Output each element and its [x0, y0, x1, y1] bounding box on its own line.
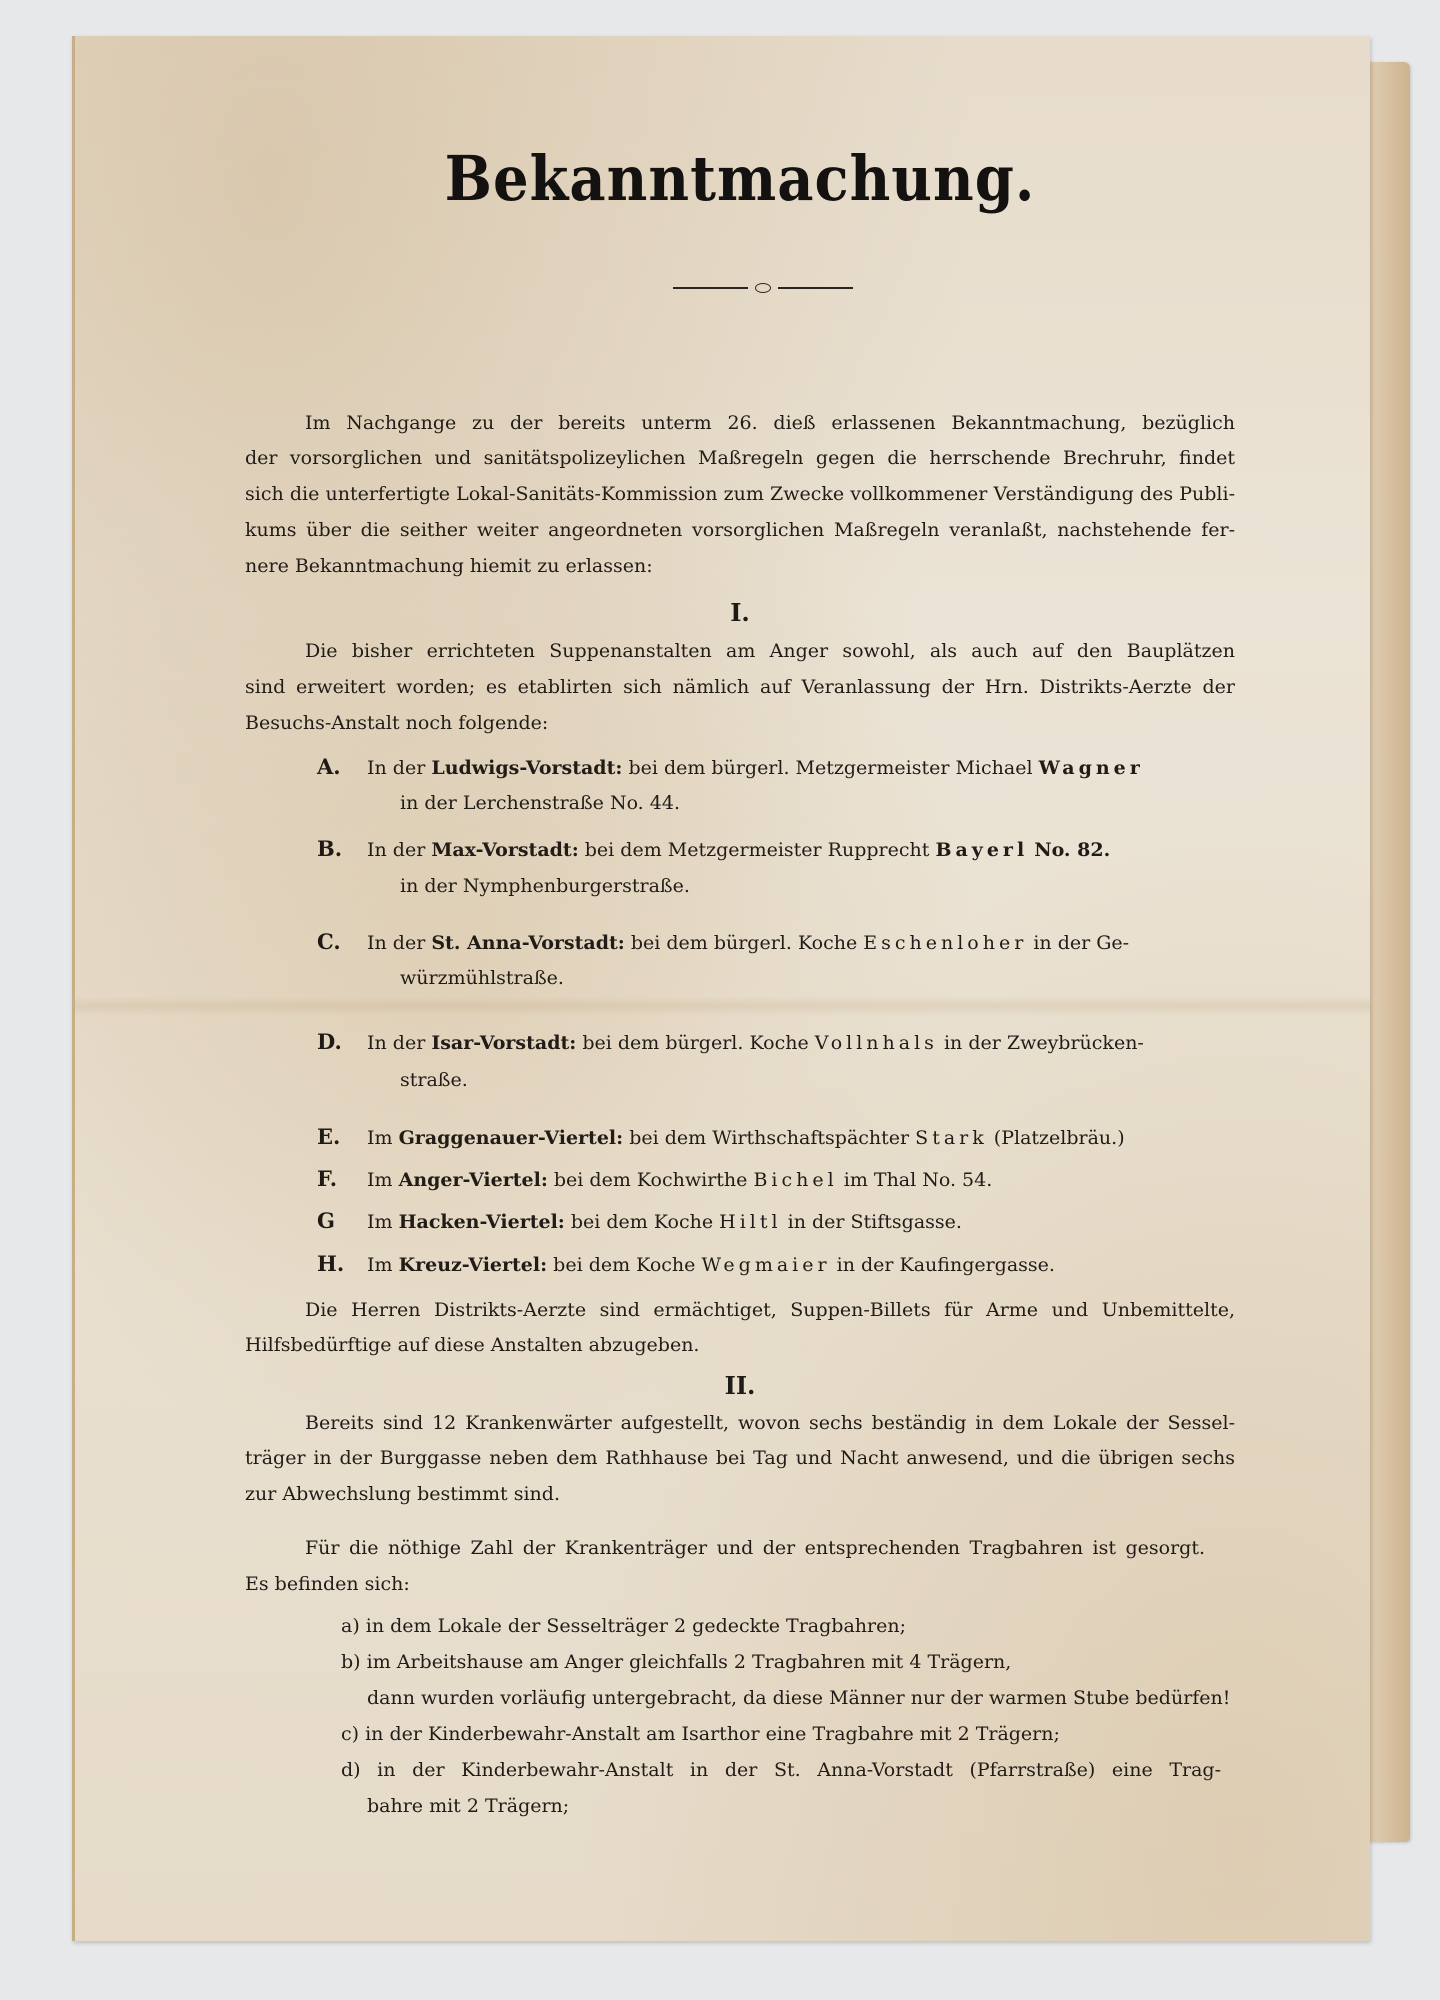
intro-line: Im Nachgange zu der bereits unterm 26. d…: [305, 411, 1235, 435]
document-page: Bekanntmachung. Im Nachgange zu der bere…: [72, 36, 1370, 1941]
carrier-list-item: c) in der Kinderbewahr-Anstalt am Isarth…: [341, 1722, 1060, 1746]
place-name: Kreuz-Viertel:: [399, 1254, 548, 1276]
person-name: Wagner: [1039, 757, 1144, 779]
place-name: Graggenauer-Viertel:: [399, 1127, 624, 1149]
place-name: Ludwigs-Vorstadt:: [431, 757, 622, 779]
carrier-list-item: d) in der Kinderbewahr-Anstalt in der St…: [341, 1758, 1221, 1782]
section-1-closing-line: Die Herren Distrikts-Aerzte sind ermächt…: [305, 1298, 1235, 1322]
carrier-list-item: b) im Arbeitshause am Anger gleichfalls …: [341, 1650, 1011, 1674]
place-name: Anger-Viertel:: [399, 1169, 548, 1191]
person-name: Hiltl: [719, 1211, 781, 1233]
place-name: St. Anna-Vorstadt:: [431, 932, 624, 954]
person-name: Stark: [915, 1127, 988, 1149]
person-name: Bayerl: [935, 839, 1028, 861]
place-name: Isar-Vorstadt:: [431, 1032, 576, 1054]
intro-line: der vorsorglichen und sanitätspolizeylic…: [245, 446, 1235, 470]
person-name: Bichel: [753, 1169, 837, 1191]
section-2-line: träger in der Burggasse neben dem Rathha…: [245, 1446, 1235, 1470]
place-name: Max-Vorstadt:: [431, 839, 578, 861]
intro-line: sich die unterfertigte Lokal-Sanitäts-Ko…: [245, 482, 1235, 506]
section-2-line: Für die nöthige Zahl der Krankenträger u…: [305, 1536, 1205, 1560]
section-2-line: zur Abwechslung bestimmt sind.: [245, 1482, 560, 1506]
section-2-line: Es befinden sich:: [245, 1572, 410, 1596]
carrier-list-item: dann wurden vorläufig untergebracht, da …: [367, 1686, 1230, 1710]
person-name: Vollnhals: [815, 1032, 938, 1054]
carrier-list-item: a) in dem Lokale der Sesselträger 2 gede…: [341, 1614, 906, 1638]
section-2-line: Bereits sind 12 Krankenwärter aufgestell…: [305, 1411, 1235, 1435]
section-numeral-2: II.: [245, 1371, 1235, 1400]
person-name: Wegmaier: [701, 1254, 830, 1276]
intro-line: nere Bekanntmachung hiemit zu erlassen:: [245, 554, 653, 578]
person-name: Eschenloher: [863, 932, 1027, 954]
section-1-line: sind erweitert worden; es etablirten sic…: [245, 675, 1235, 699]
place-name: Hacken-Viertel:: [399, 1211, 565, 1233]
intro-line: kums über die seither weiter angeordnete…: [245, 518, 1235, 542]
section-1-line: Besuchs-Anstalt noch folgende:: [245, 711, 548, 735]
section-numeral-1: I.: [245, 598, 1235, 627]
carrier-list-item: bahre mit 2 Trägern;: [367, 1794, 569, 1818]
section-1-closing-line: Hilfsbedürftige auf diese Anstalten abzu…: [245, 1333, 699, 1357]
paper-fold: [75, 996, 1370, 1016]
document-title: Bekanntmachung.: [245, 143, 1235, 216]
section-1-line: Die bisher errichteten Suppenanstalten a…: [305, 639, 1235, 663]
ornament-divider-icon: [673, 283, 853, 293]
